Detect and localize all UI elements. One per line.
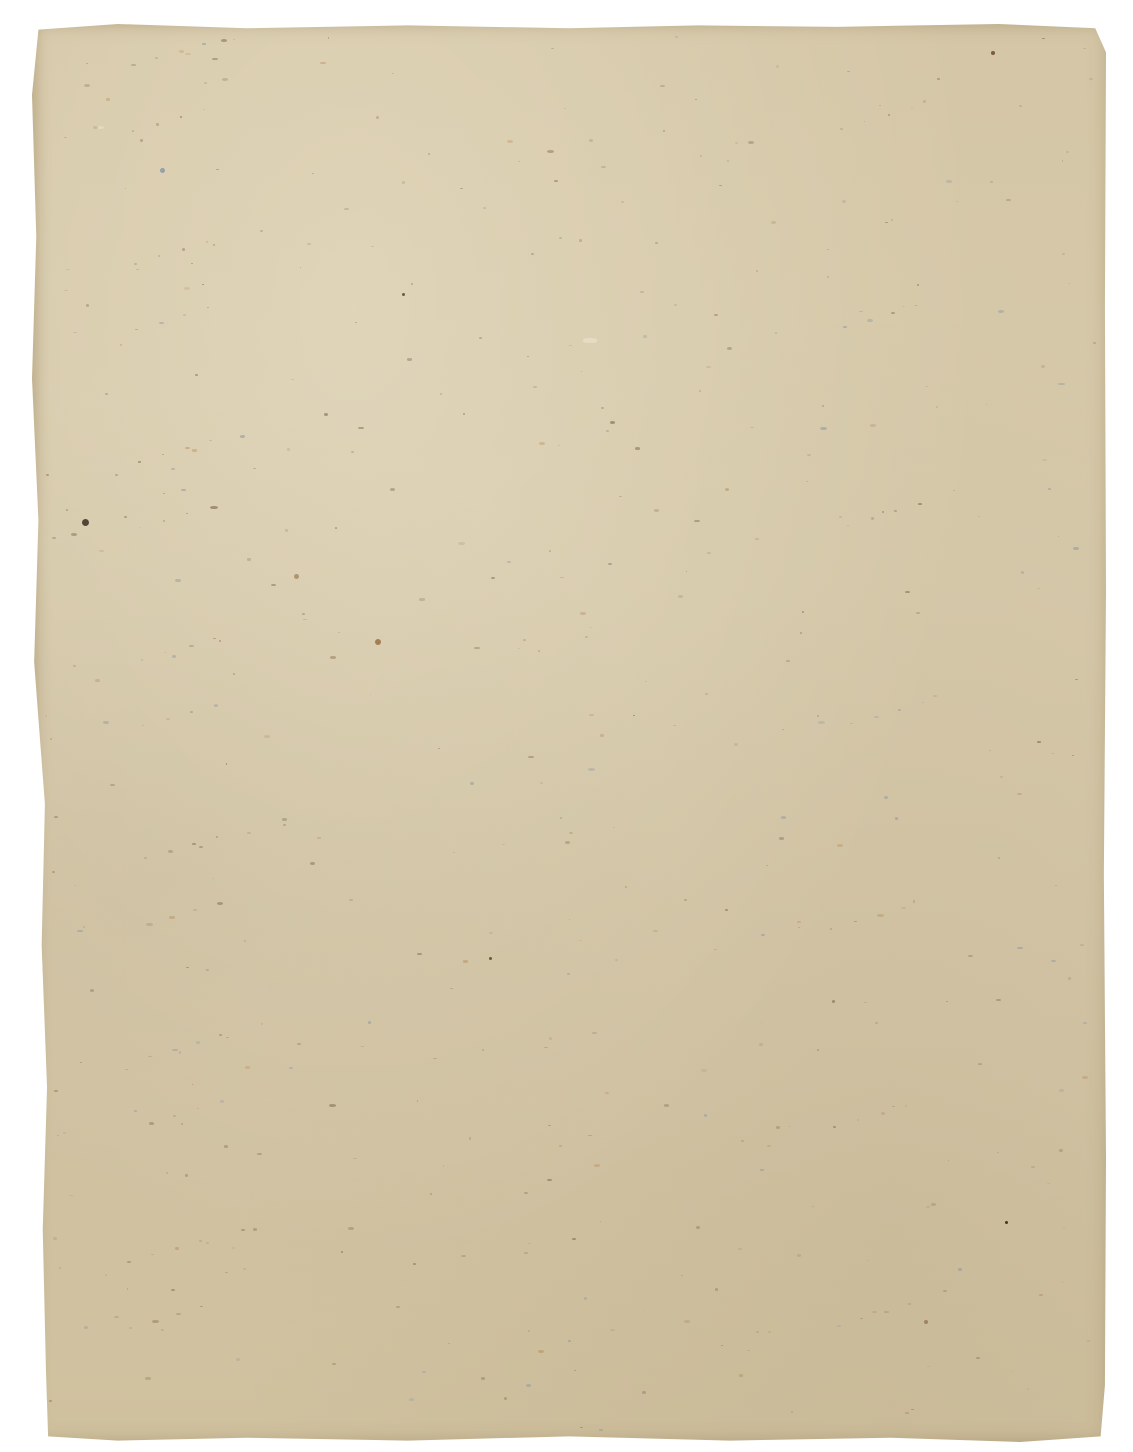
fiber-speck xyxy=(1082,1076,1088,1079)
blank-paper-sheet xyxy=(32,24,1106,1442)
fiber-speck xyxy=(470,782,473,785)
fiber-speck xyxy=(310,862,315,865)
fiber-speck xyxy=(554,180,558,182)
fiber-speck xyxy=(567,973,570,975)
blue-speck-mark xyxy=(160,168,165,173)
fiber-speck xyxy=(219,640,221,641)
fiber-speck xyxy=(601,407,604,409)
fiber-speck xyxy=(348,1227,354,1230)
fiber-speck xyxy=(1051,960,1055,962)
fiber-speck xyxy=(1068,977,1071,980)
fiber-speck xyxy=(569,832,573,834)
fiber-speck xyxy=(761,1022,762,1023)
fiber-speck xyxy=(202,284,204,285)
fiber-speck xyxy=(882,511,884,513)
fiber-speck xyxy=(922,702,924,703)
fiber-speck xyxy=(202,43,206,45)
fiber-speck xyxy=(74,885,76,886)
fiber-speck xyxy=(654,509,659,512)
fiber-speck xyxy=(136,269,139,270)
fiber-speck xyxy=(245,1066,250,1069)
fiber-speck xyxy=(579,239,582,242)
fiber-speck xyxy=(843,326,846,328)
dark-speck-mark xyxy=(1005,1221,1008,1224)
fiber-speck xyxy=(419,598,424,600)
fiber-speck xyxy=(184,287,190,290)
fiber-speck xyxy=(642,1391,646,1394)
fiber-speck xyxy=(185,1174,187,1176)
fiber-speck xyxy=(781,816,786,818)
fiber-speck xyxy=(748,141,754,143)
fiber-speck xyxy=(129,1327,132,1328)
fiber-speck xyxy=(264,735,270,738)
fiber-speck xyxy=(802,611,805,613)
fiber-speck xyxy=(210,506,217,509)
fiber-speck xyxy=(549,1037,552,1040)
fiber-speck xyxy=(524,1252,528,1254)
fiber-speck xyxy=(518,161,520,162)
fiber-speck xyxy=(206,969,209,971)
fiber-speck xyxy=(324,413,328,416)
fiber-speck xyxy=(579,940,582,941)
fiber-speck xyxy=(247,558,252,560)
fiber-speck xyxy=(175,579,181,582)
fiber-speck xyxy=(881,1112,885,1115)
fiber-speck xyxy=(599,1429,603,1431)
fiber-speck xyxy=(870,424,876,426)
fiber-speck xyxy=(937,78,940,79)
fiber-speck xyxy=(911,1409,914,1410)
fiber-speck xyxy=(185,447,189,449)
fiber-speck xyxy=(124,516,127,518)
fiber-speck xyxy=(847,525,849,527)
fiber-speck xyxy=(675,36,678,37)
fiber-speck xyxy=(678,595,683,598)
fiber-speck xyxy=(891,219,894,221)
fiber-speck xyxy=(807,454,811,456)
fiber-speck xyxy=(214,704,219,707)
fiber-speck xyxy=(943,1290,947,1292)
fiber-speck xyxy=(63,1132,67,1134)
fiber-speck xyxy=(261,1023,262,1024)
fiber-speck xyxy=(681,1275,683,1276)
fiber-speck xyxy=(789,1126,790,1127)
fiber-speck xyxy=(837,1325,841,1327)
fiber-speck xyxy=(1072,755,1074,756)
fiber-speck xyxy=(931,1203,935,1205)
fiber-speck xyxy=(283,824,286,826)
fiber-speck xyxy=(759,1043,763,1046)
fiber-speck xyxy=(1059,1089,1063,1092)
fiber-speck xyxy=(633,715,634,716)
fiber-speck xyxy=(209,440,212,442)
fiber-speck xyxy=(1021,571,1024,574)
fiber-speck xyxy=(158,255,160,256)
fiber-speck xyxy=(1042,38,1044,40)
fiber-speck xyxy=(182,248,185,251)
fiber-speck xyxy=(898,709,901,711)
fiber-speck xyxy=(978,516,980,517)
fiber-speck xyxy=(330,656,336,658)
fiber-speck xyxy=(83,926,85,927)
fiber-speck xyxy=(797,921,802,923)
brown-spot-mark xyxy=(294,574,299,579)
fiber-speck xyxy=(735,142,738,144)
fiber-speck xyxy=(547,1179,552,1181)
fiber-speck xyxy=(621,201,624,202)
fiber-speck xyxy=(1031,1166,1035,1169)
fiber-speck xyxy=(86,304,89,307)
fiber-speck xyxy=(206,241,208,243)
fiber-speck xyxy=(674,304,676,306)
fiber-speck xyxy=(704,1114,707,1116)
fiber-speck xyxy=(140,139,143,142)
fiber-speck xyxy=(199,1240,202,1242)
fiber-speck xyxy=(840,128,843,130)
fiber-speck xyxy=(827,249,829,250)
fiber-speck xyxy=(219,1034,222,1035)
fiber-speck xyxy=(725,488,729,491)
fiber-speck xyxy=(217,902,223,905)
fiber-speck xyxy=(559,1145,562,1147)
fiber-speck xyxy=(820,427,827,430)
fiber-speck xyxy=(172,655,176,658)
fiber-speck xyxy=(376,116,379,118)
fiber-speck xyxy=(45,715,47,717)
fiber-speck xyxy=(120,344,122,345)
fiber-speck xyxy=(663,130,665,132)
fiber-speck xyxy=(212,58,218,61)
fiber-speck xyxy=(714,314,717,316)
fiber-speck xyxy=(526,1384,531,1387)
fiber-speck xyxy=(747,1350,750,1351)
fiber-speck xyxy=(760,1169,764,1171)
fiber-speck xyxy=(560,817,562,818)
fiber-speck xyxy=(169,916,174,918)
fiber-speck xyxy=(371,246,374,247)
fiber-speck xyxy=(407,358,411,360)
fiber-speck xyxy=(719,185,722,186)
fiber-speck xyxy=(786,660,790,662)
fiber-speck xyxy=(257,1153,262,1155)
fiber-speck xyxy=(469,1137,472,1140)
fiber-speck xyxy=(417,1100,419,1101)
fiber-speck xyxy=(460,188,463,189)
fiber-speck xyxy=(196,1041,201,1043)
fiber-speck xyxy=(589,714,594,716)
fiber-speck xyxy=(260,230,263,232)
fiber-speck xyxy=(135,329,138,330)
dark-speck-mark xyxy=(402,293,405,296)
fiber-speck xyxy=(216,169,219,170)
fiber-speck xyxy=(1039,1294,1043,1296)
fiber-speck xyxy=(240,435,245,438)
fiber-speck xyxy=(165,652,166,653)
fiber-speck xyxy=(655,242,658,244)
fiber-speck xyxy=(396,1306,400,1308)
fiber-speck xyxy=(817,1049,819,1051)
fiber-speck xyxy=(837,844,843,847)
fiber-speck xyxy=(884,1311,889,1313)
fiber-speck xyxy=(644,1310,646,1311)
fiber-speck xyxy=(162,454,164,455)
fiber-speck xyxy=(52,871,55,873)
fiber-speck xyxy=(978,1063,982,1065)
fiber-speck xyxy=(297,1043,301,1045)
fiber-speck xyxy=(132,130,134,131)
fiber-speck xyxy=(640,291,644,294)
fiber-speck xyxy=(901,907,905,909)
fiber-speck xyxy=(134,263,137,265)
fiber-speck xyxy=(54,1090,58,1092)
fiber-speck xyxy=(233,39,235,40)
fiber-speck xyxy=(224,1145,228,1147)
fiber-speck xyxy=(643,335,647,337)
fiber-speck xyxy=(448,1343,450,1344)
fiber-speck xyxy=(71,533,77,536)
fiber-speck xyxy=(664,1104,669,1106)
fiber-speck xyxy=(145,1377,150,1380)
fiber-speck xyxy=(368,1021,371,1023)
fiber-speck xyxy=(588,768,595,771)
fiber-speck xyxy=(756,270,759,271)
fiber-speck xyxy=(699,390,701,392)
fiber-speck xyxy=(779,837,784,839)
fiber-speck xyxy=(797,1254,801,1256)
fiber-speck xyxy=(481,1377,485,1379)
fiber-speck xyxy=(422,1371,426,1373)
fiber-speck xyxy=(213,244,215,246)
fiber-speck xyxy=(608,563,612,565)
fiber-speck xyxy=(192,449,197,451)
fiber-speck xyxy=(216,836,218,837)
fiber-speck xyxy=(902,306,904,307)
fiber-speck xyxy=(725,909,729,911)
fiber-speck xyxy=(738,1248,741,1249)
fiber-speck xyxy=(528,1243,530,1244)
fiber-speck xyxy=(181,489,185,491)
fiber-speck xyxy=(99,550,104,552)
fiber-speck xyxy=(925,386,927,388)
fiber-speck xyxy=(66,509,68,510)
fiber-speck xyxy=(958,1268,962,1270)
fiber-speck xyxy=(287,448,290,451)
fiber-speck xyxy=(199,846,203,848)
fiber-speck xyxy=(739,1374,742,1377)
fiber-speck xyxy=(635,447,641,450)
fiber-speck xyxy=(69,1195,72,1197)
fiber-speck xyxy=(923,100,927,103)
fiber-speck xyxy=(585,636,587,638)
fiber-speck xyxy=(1019,105,1022,107)
fiber-speck xyxy=(696,1226,700,1229)
fiber-speck xyxy=(152,1320,158,1323)
fiber-speck xyxy=(776,1126,780,1129)
fiber-speck xyxy=(707,552,711,554)
fiber-speck xyxy=(875,1022,878,1024)
fiber-speck xyxy=(817,715,819,716)
fiber-speck xyxy=(990,181,992,183)
fiber-speck xyxy=(918,503,921,504)
fiber-speck xyxy=(289,1067,293,1069)
fiber-speck xyxy=(243,1268,246,1270)
fiber-speck xyxy=(302,613,304,615)
fiber-speck xyxy=(197,1108,199,1109)
fiber-speck xyxy=(767,1145,771,1148)
fiber-speck xyxy=(892,1106,895,1107)
fiber-speck xyxy=(1068,283,1069,284)
fiber-speck xyxy=(684,899,687,901)
fiber-speck xyxy=(1000,776,1003,777)
fiber-speck xyxy=(565,841,570,844)
fiber-speck xyxy=(1041,365,1045,367)
fiber-speck xyxy=(320,62,325,65)
fiber-speck xyxy=(1073,547,1079,549)
fiber-speck xyxy=(138,461,142,463)
fiber-speck xyxy=(705,693,708,694)
fiber-speck xyxy=(450,988,453,989)
fiber-speck xyxy=(905,1105,908,1107)
fiber-speck xyxy=(285,529,288,531)
fiber-speck xyxy=(857,1119,859,1120)
fiber-speck xyxy=(905,591,910,593)
dark-speck-mark xyxy=(489,957,492,960)
fiber-speck xyxy=(606,430,609,432)
fiber-speck xyxy=(771,221,776,224)
fiber-speck xyxy=(181,1123,183,1124)
fiber-speck xyxy=(73,332,77,334)
fiber-speck xyxy=(225,1272,228,1273)
dark-speck-mark xyxy=(991,51,995,55)
fiber-speck xyxy=(673,725,675,726)
fiber-speck xyxy=(221,39,228,42)
fiber-speck xyxy=(936,406,938,408)
fiber-speck xyxy=(155,57,158,58)
fiber-speck xyxy=(684,1320,690,1323)
fiber-speck xyxy=(727,347,732,350)
fiber-speck xyxy=(1047,1183,1049,1184)
fiber-speck xyxy=(241,1229,245,1231)
fiber-speck xyxy=(916,612,920,614)
fiber-speck xyxy=(750,427,753,428)
fiber-speck xyxy=(303,619,306,621)
fiber-speck xyxy=(190,711,193,713)
fiber-speck xyxy=(175,1247,179,1250)
fiber-speck xyxy=(282,818,287,821)
fiber-speck xyxy=(463,960,468,962)
fiber-speck xyxy=(860,1318,863,1319)
fiber-speck xyxy=(580,612,586,615)
fiber-speck xyxy=(402,181,405,183)
fiber-speck xyxy=(52,537,56,539)
fiber-speck xyxy=(507,140,512,143)
fiber-speck xyxy=(714,949,717,950)
light-fleck-mark xyxy=(583,338,597,343)
fiber-speck xyxy=(335,527,337,529)
fiber-speck xyxy=(176,1313,180,1315)
fiber-speck xyxy=(756,1331,759,1332)
fiber-speck xyxy=(253,1228,256,1230)
fiber-speck xyxy=(64,137,67,138)
fiber-speck xyxy=(489,932,493,934)
fiber-speck xyxy=(1093,342,1096,344)
fiber-speck xyxy=(329,1104,336,1107)
fiber-speck xyxy=(768,1331,771,1333)
fiber-speck xyxy=(653,930,657,932)
image-canvas xyxy=(0,0,1133,1452)
fiber-speck xyxy=(103,721,108,724)
fiber-speck xyxy=(244,940,246,942)
fiber-speck xyxy=(411,283,413,285)
brown-speck-mark xyxy=(924,1320,928,1324)
fiber-speck xyxy=(179,50,184,53)
fiber-speck xyxy=(149,1122,154,1125)
fiber-speck xyxy=(338,632,340,633)
fiber-speck xyxy=(73,665,76,667)
fiber-speck xyxy=(307,243,311,245)
fiber-speck xyxy=(193,909,196,910)
fiber-speck xyxy=(358,427,364,429)
fiber-speck xyxy=(428,153,430,155)
fiber-speck xyxy=(877,914,883,917)
fiber-speck xyxy=(106,98,110,100)
fiber-speck xyxy=(533,386,537,389)
fiber-speck xyxy=(351,451,354,453)
fiber-speck xyxy=(141,659,143,661)
fiber-speck xyxy=(600,734,604,737)
fiber-speck xyxy=(625,886,627,888)
fiber-speck xyxy=(173,1115,176,1117)
fiber-speck xyxy=(538,1350,544,1352)
fiber-speck xyxy=(605,1092,609,1094)
fiber-speck xyxy=(538,650,540,652)
fiber-speck xyxy=(84,1326,88,1329)
fiber-speck xyxy=(504,1397,507,1400)
fiber-speck xyxy=(95,679,101,682)
fiber-speck xyxy=(610,421,615,424)
fiber-speck xyxy=(859,311,863,313)
fiber-speck xyxy=(776,65,779,68)
dark-spot-mark xyxy=(82,519,89,526)
fiber-speck xyxy=(115,474,118,476)
fiber-speck xyxy=(842,200,846,203)
fiber-speck xyxy=(1006,199,1011,201)
fiber-speck xyxy=(161,1329,165,1331)
brown-spot-mark xyxy=(375,639,381,645)
fiber-speck xyxy=(430,1193,432,1195)
fiber-speck xyxy=(148,1056,152,1058)
